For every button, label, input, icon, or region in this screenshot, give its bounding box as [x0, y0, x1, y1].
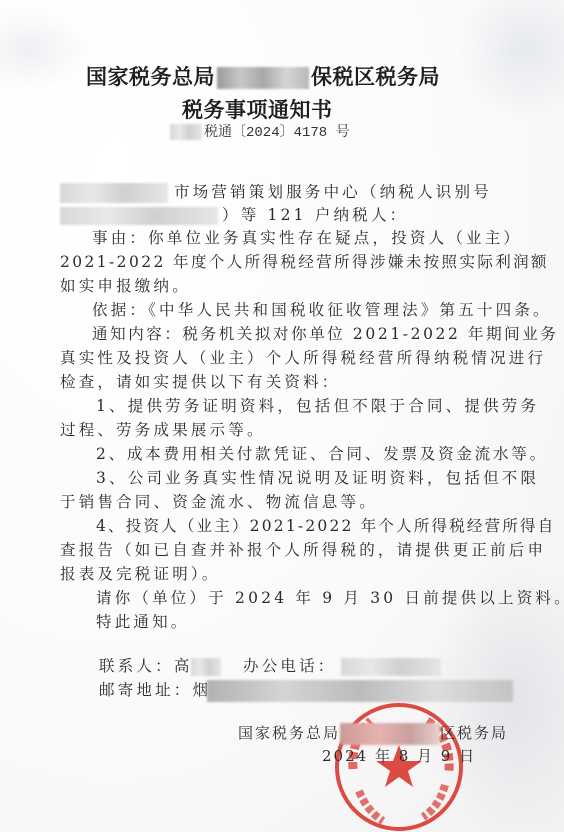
- issue-date: 2024 年 8 月 9 日: [322, 745, 476, 766]
- issuing-authority-title: 国家税务总局保税区税务局: [86, 61, 440, 91]
- office-phone: 办公电话：: [243, 654, 441, 676]
- reason-line: 如实申报缴纳。: [60, 274, 191, 296]
- reason-line: 2021-2022 年度个人所得税经营所得涉嫌未按照实际利润额: [60, 250, 549, 272]
- title-suffix: 保税区税务局: [311, 65, 440, 89]
- redacted-region: [60, 207, 218, 225]
- deadline-line: 请你（单位）于 2024 年 9 月 30 日前提供以上资料。: [96, 586, 564, 608]
- requirement-item-2: 2、成本费用相关付款凭证、合同、发票及资金流水等。: [96, 442, 548, 464]
- redacted-region: [340, 723, 440, 745]
- redacted-region: [60, 183, 168, 203]
- notice-content-line: 检查，请如实提供以下有关资料：: [60, 370, 341, 392]
- requirement-item-4: 4、投资人（业主）2021-2022 年个人所得税经营所得自: [96, 514, 555, 536]
- title-prefix: 国家税务总局: [86, 65, 215, 89]
- closing-line: 特此通知。: [96, 610, 190, 632]
- reason-line: 事由：你单位业务真实性存在疑点，投资人（业主）: [92, 226, 522, 248]
- requirement-item-4-cont: 报表及完税证明）。: [60, 562, 221, 584]
- requirement-item-3-cont: 于销售合同、资金流水、物流信息等。: [60, 490, 378, 512]
- issuer-signature: 国家税务总局区税务局: [238, 722, 508, 745]
- paper-shadow: [0, 10, 90, 90]
- document-page: 国家税务总局保税区税务局 税务事项通知书 税通〔2024〕4178 号 市场营销…: [0, 0, 564, 832]
- requirement-item-4-cont: 查报告（如已自查并补报个人所得税的，请提供更正前后申: [60, 538, 546, 560]
- redacted-region: [170, 124, 202, 140]
- redacted-region: [191, 658, 221, 676]
- document-number: 税通〔2024〕4178 号: [170, 121, 350, 141]
- requirement-item-3: 3、公司业务真实性情况说明及证明资料，包括但不限: [96, 466, 539, 488]
- notice-content-line: 通知内容：税务机关拟对你单位 2021-2022 年期间业务: [92, 322, 559, 344]
- requirement-item-1: 1、提供劳务证明资料，包括但不限于合同、提供劳务: [96, 394, 539, 416]
- contact-person: 联系人：高: [99, 654, 221, 676]
- addressee-line-2: ）等 121 户纳税人：: [60, 203, 408, 225]
- paper-shadow: [454, 0, 564, 120]
- requirement-item-1-cont: 过程、劳务成果展示等。: [60, 418, 266, 440]
- redacted-region: [341, 658, 441, 676]
- document-title: 税务事项通知书: [182, 94, 333, 124]
- addressee-line-1: 市场营销策划服务中心（纳税人识别号: [60, 180, 492, 203]
- notice-content-line: 真实性及投资人（业主）个人所得税经营所得纳税情况进行: [60, 346, 546, 368]
- redacted-region: [217, 67, 309, 89]
- legal-basis-line: 依据：《中华人民共和国税收征收管理法》第五十四条。: [92, 298, 552, 320]
